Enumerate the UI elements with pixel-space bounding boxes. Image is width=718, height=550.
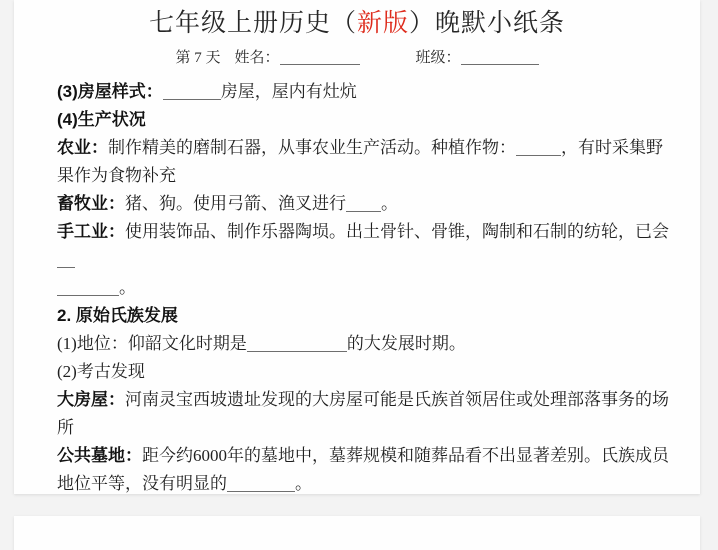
yangshao-period-blank (247, 337, 347, 352)
name-label: 姓名： (234, 50, 279, 66)
line-handicraft-continuation: 。 (57, 274, 670, 302)
section-clan-development-header: 2. 原始氏族发展 (57, 302, 670, 330)
animal-husbandry-label: 畜牧业： (57, 194, 125, 213)
distinction-blank (227, 477, 295, 492)
next-page-preview (14, 516, 700, 550)
title-part2: ）晚默小纸条 (409, 10, 565, 37)
worksheet-page: 七年级上册历史（新版）晚默小纸条 第 7 天姓名：班级： (3)房屋样式：房屋，… (14, 0, 700, 494)
public-cemetery-text-2: 。 (295, 474, 312, 493)
line-status: (1)地位：仰韶文化时期是的大发展时期。 (57, 330, 670, 358)
para-animal-husbandry: 畜牧业：猪、狗。使用弓箭、渔叉进行。 (57, 190, 670, 218)
agriculture-text-1: 制作精美的磨制石器，从事农业生产活动。种植作物： (108, 138, 516, 157)
class-blank (461, 50, 539, 65)
worksheet-body: (3)房屋样式：房屋，屋内有灶炕 (4)生产状况 农业：制作精美的磨制石器，从事… (14, 67, 700, 498)
public-cemetery-label: 公共墓地： (57, 446, 142, 465)
animal-husbandry-text-2: 。 (381, 194, 398, 213)
house-style-text: 房屋，屋内有灶炕 (221, 82, 357, 101)
big-house-label: 大房屋： (57, 390, 125, 409)
title-part1: 七年级上册历史（ (149, 10, 357, 37)
animal-husbandry-text-1: 猪、狗。使用弓箭、渔叉进行 (125, 194, 346, 213)
house-style-blank (163, 85, 221, 100)
production-header-label: (4)生产状况 (57, 110, 146, 129)
para-agriculture: 农业：制作精美的磨制石器，从事农业生产活动。种植作物：，有时采集野果作为食物补充 (57, 134, 670, 190)
crop-blank (516, 141, 561, 156)
status-text-1: (1)地位：仰韶文化时期是 (57, 334, 247, 353)
handicraft-text: 使用装饰品、制作乐器陶埙。出土骨针、骨锥，陶制和石制的纺轮，已会 (125, 222, 669, 241)
line-house-style: (3)房屋样式：房屋，屋内有灶炕 (57, 78, 670, 106)
house-style-label: (3)房屋样式： (57, 82, 163, 101)
document-viewer: 七年级上册历史（新版）晚默小纸条 第 7 天姓名：班级： (3)房屋样式：房屋，… (0, 0, 718, 550)
handicraft-blank-1 (57, 253, 75, 268)
class-field: 班级： (416, 50, 539, 66)
para-handicraft: 手工业：使用装饰品、制作乐器陶埙。出土骨针、骨锥，陶制和石制的纺轮，已会 (57, 218, 670, 274)
clan-development-header-label: 2. 原始氏族发展 (57, 306, 178, 325)
para-big-house: 大房屋：河南灵宝西坡遗址发现的大房屋可能是氏族首领居住或处理部落事务的场所 (57, 386, 670, 442)
title-highlight-new-edition: 新版 (357, 10, 409, 37)
fishing-hunting-blank (346, 197, 381, 212)
big-house-text: 河南灵宝西坡遗址发现的大房屋可能是氏族首领居住或处理部落事务的场所 (57, 390, 669, 437)
class-label: 班级： (416, 50, 461, 66)
handicraft-label: 手工业： (57, 222, 125, 241)
archaeology-header-text: (2)考古发现 (57, 362, 145, 381)
handicraft-continuation-text: 。 (119, 278, 136, 297)
line-production-header: (4)生产状况 (57, 106, 670, 134)
para-public-cemetery: 公共墓地：距今约6000年的墓地中，墓葬规模和随葬品看不出显著差别。氏族成员地位… (57, 442, 670, 498)
worksheet-subheader: 第 7 天姓名：班级： (14, 46, 700, 67)
name-field: 姓名： (234, 50, 359, 66)
line-archaeology-header: (2)考古发现 (57, 358, 670, 386)
worksheet-title: 七年级上册历史（新版）晚默小纸条 (14, 3, 700, 39)
status-text-2: 的大发展时期。 (347, 334, 466, 353)
handicraft-blank-2 (57, 281, 119, 296)
day-label: 第 7 天 (175, 50, 220, 66)
name-blank (280, 50, 360, 65)
public-cemetery-text-1: 距今约6000年的墓地中，墓葬规模和随葬品看不出显著差别。氏族成员地位平等，没有… (57, 446, 669, 493)
agriculture-label: 农业： (57, 138, 108, 157)
